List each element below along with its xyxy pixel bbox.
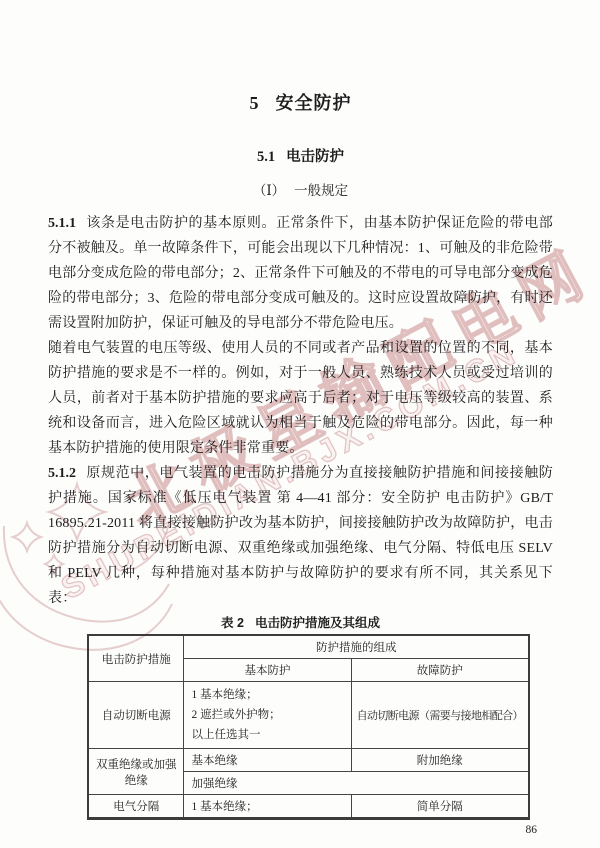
cell-measure: 双重绝缘或加强绝缘 — [88, 749, 184, 795]
paragraph-text: 该条是电击防护的基本原则。正常条件下，由基本防护保证危险的带电部分不被触及。单一… — [48, 216, 553, 331]
chapter-number: 5 — [250, 93, 260, 113]
cell-line: 1 基本绝缘； — [191, 685, 345, 705]
header-basic-protection: 基本防护 — [184, 659, 351, 682]
chapter-heading: 5安全防护 — [48, 93, 553, 113]
paragraph-number: 5.1.1 — [48, 216, 76, 231]
header-fault-protection: 故障防护 — [351, 659, 529, 682]
paragraph-5-1-1: 5.1.1该条是电击防护的基本原则。正常条件下，由基本防护保证危险的带电部分不被… — [48, 211, 553, 336]
cell-basic-options: 1 基本绝缘； 2 遮拦或外护物； 以上任选其一 — [184, 682, 351, 749]
cell-measure: 电气分隔 — [88, 795, 184, 819]
paragraph-text: 原规范中，电气装置的电击防护措施分为直接接触防护措施和间接接触防护措施。国家标准… — [48, 466, 553, 606]
cell-line: 以上任选其一 — [191, 725, 345, 745]
section-heading: 5.1电击防护 — [48, 149, 553, 165]
page-number: 86 — [0, 824, 553, 836]
table-caption-label: 表 2 — [221, 616, 244, 630]
cell-measure: 自动切断电源 — [88, 682, 184, 749]
table-caption: 表 2电击防护措施及其组成 — [48, 615, 553, 631]
cell-basic: 1 基本绝缘； — [184, 795, 351, 819]
cell-fault: 简单分隔 — [351, 795, 529, 819]
subsection-heading: （Ⅰ）一般规定 — [48, 183, 553, 198]
section-title: 电击防护 — [286, 149, 344, 165]
cell-merged: 加强绝缘 — [184, 772, 529, 795]
cell-basic: 基本绝缘 — [184, 749, 351, 772]
cell-fault: 附加绝缘 — [351, 749, 529, 772]
table-header-row: 电击防护措施 防护措施的组成 — [88, 635, 529, 659]
table-caption-title: 电击防护措施及其组成 — [255, 616, 380, 630]
cell-line: 2 遮拦或外护物； — [191, 705, 345, 725]
paragraph-number: 5.1.2 — [48, 466, 76, 481]
document-content: 5安全防护 5.1电击防护 （Ⅰ）一般规定 5.1.1该条是电击防护的基本原则。… — [0, 0, 600, 820]
paragraph-5-1-2: 5.1.2原规范中，电气装置的电击防护措施分为直接接触防护措施和间接接触防护措施… — [48, 461, 553, 611]
section-number: 5.1 — [257, 149, 275, 165]
table-row: 电气分隔 1 基本绝缘； 简单分隔 — [88, 795, 529, 819]
header-composition-group: 防护措施的组成 — [184, 635, 529, 659]
table-row: 自动切断电源 1 基本绝缘； 2 遮拦或外护物； 以上任选其一 自动切断电源（需… — [88, 682, 529, 749]
subsection-marker: （Ⅰ） — [253, 183, 285, 198]
subsection-title: 一般规定 — [294, 183, 348, 198]
paragraph-continuation: 随着电气装置的电压等级、使用人员的不同或者产品和设置的位置的不同，基本防护措施的… — [48, 336, 553, 461]
paragraph-text: 随着电气装置的电压等级、使用人员的不同或者产品和设置的位置的不同，基本防护措施的… — [48, 341, 553, 456]
chapter-title: 安全防护 — [276, 93, 352, 113]
document-page: 北极星输配电网 SHUPEIDIAN.BJX.COM.CN 5安全防护 5.1电… — [0, 0, 600, 848]
table-row: 双重绝缘或加强绝缘 基本绝缘 附加绝缘 — [88, 749, 529, 772]
header-measure: 电击防护措施 — [88, 635, 184, 682]
protection-measures-table: 电击防护措施 防护措施的组成 基本防护 故障防护 自动切断电源 1 基本绝缘； … — [87, 634, 530, 820]
cell-fault: 自动切断电源（需要与接地相配合） — [351, 682, 529, 749]
